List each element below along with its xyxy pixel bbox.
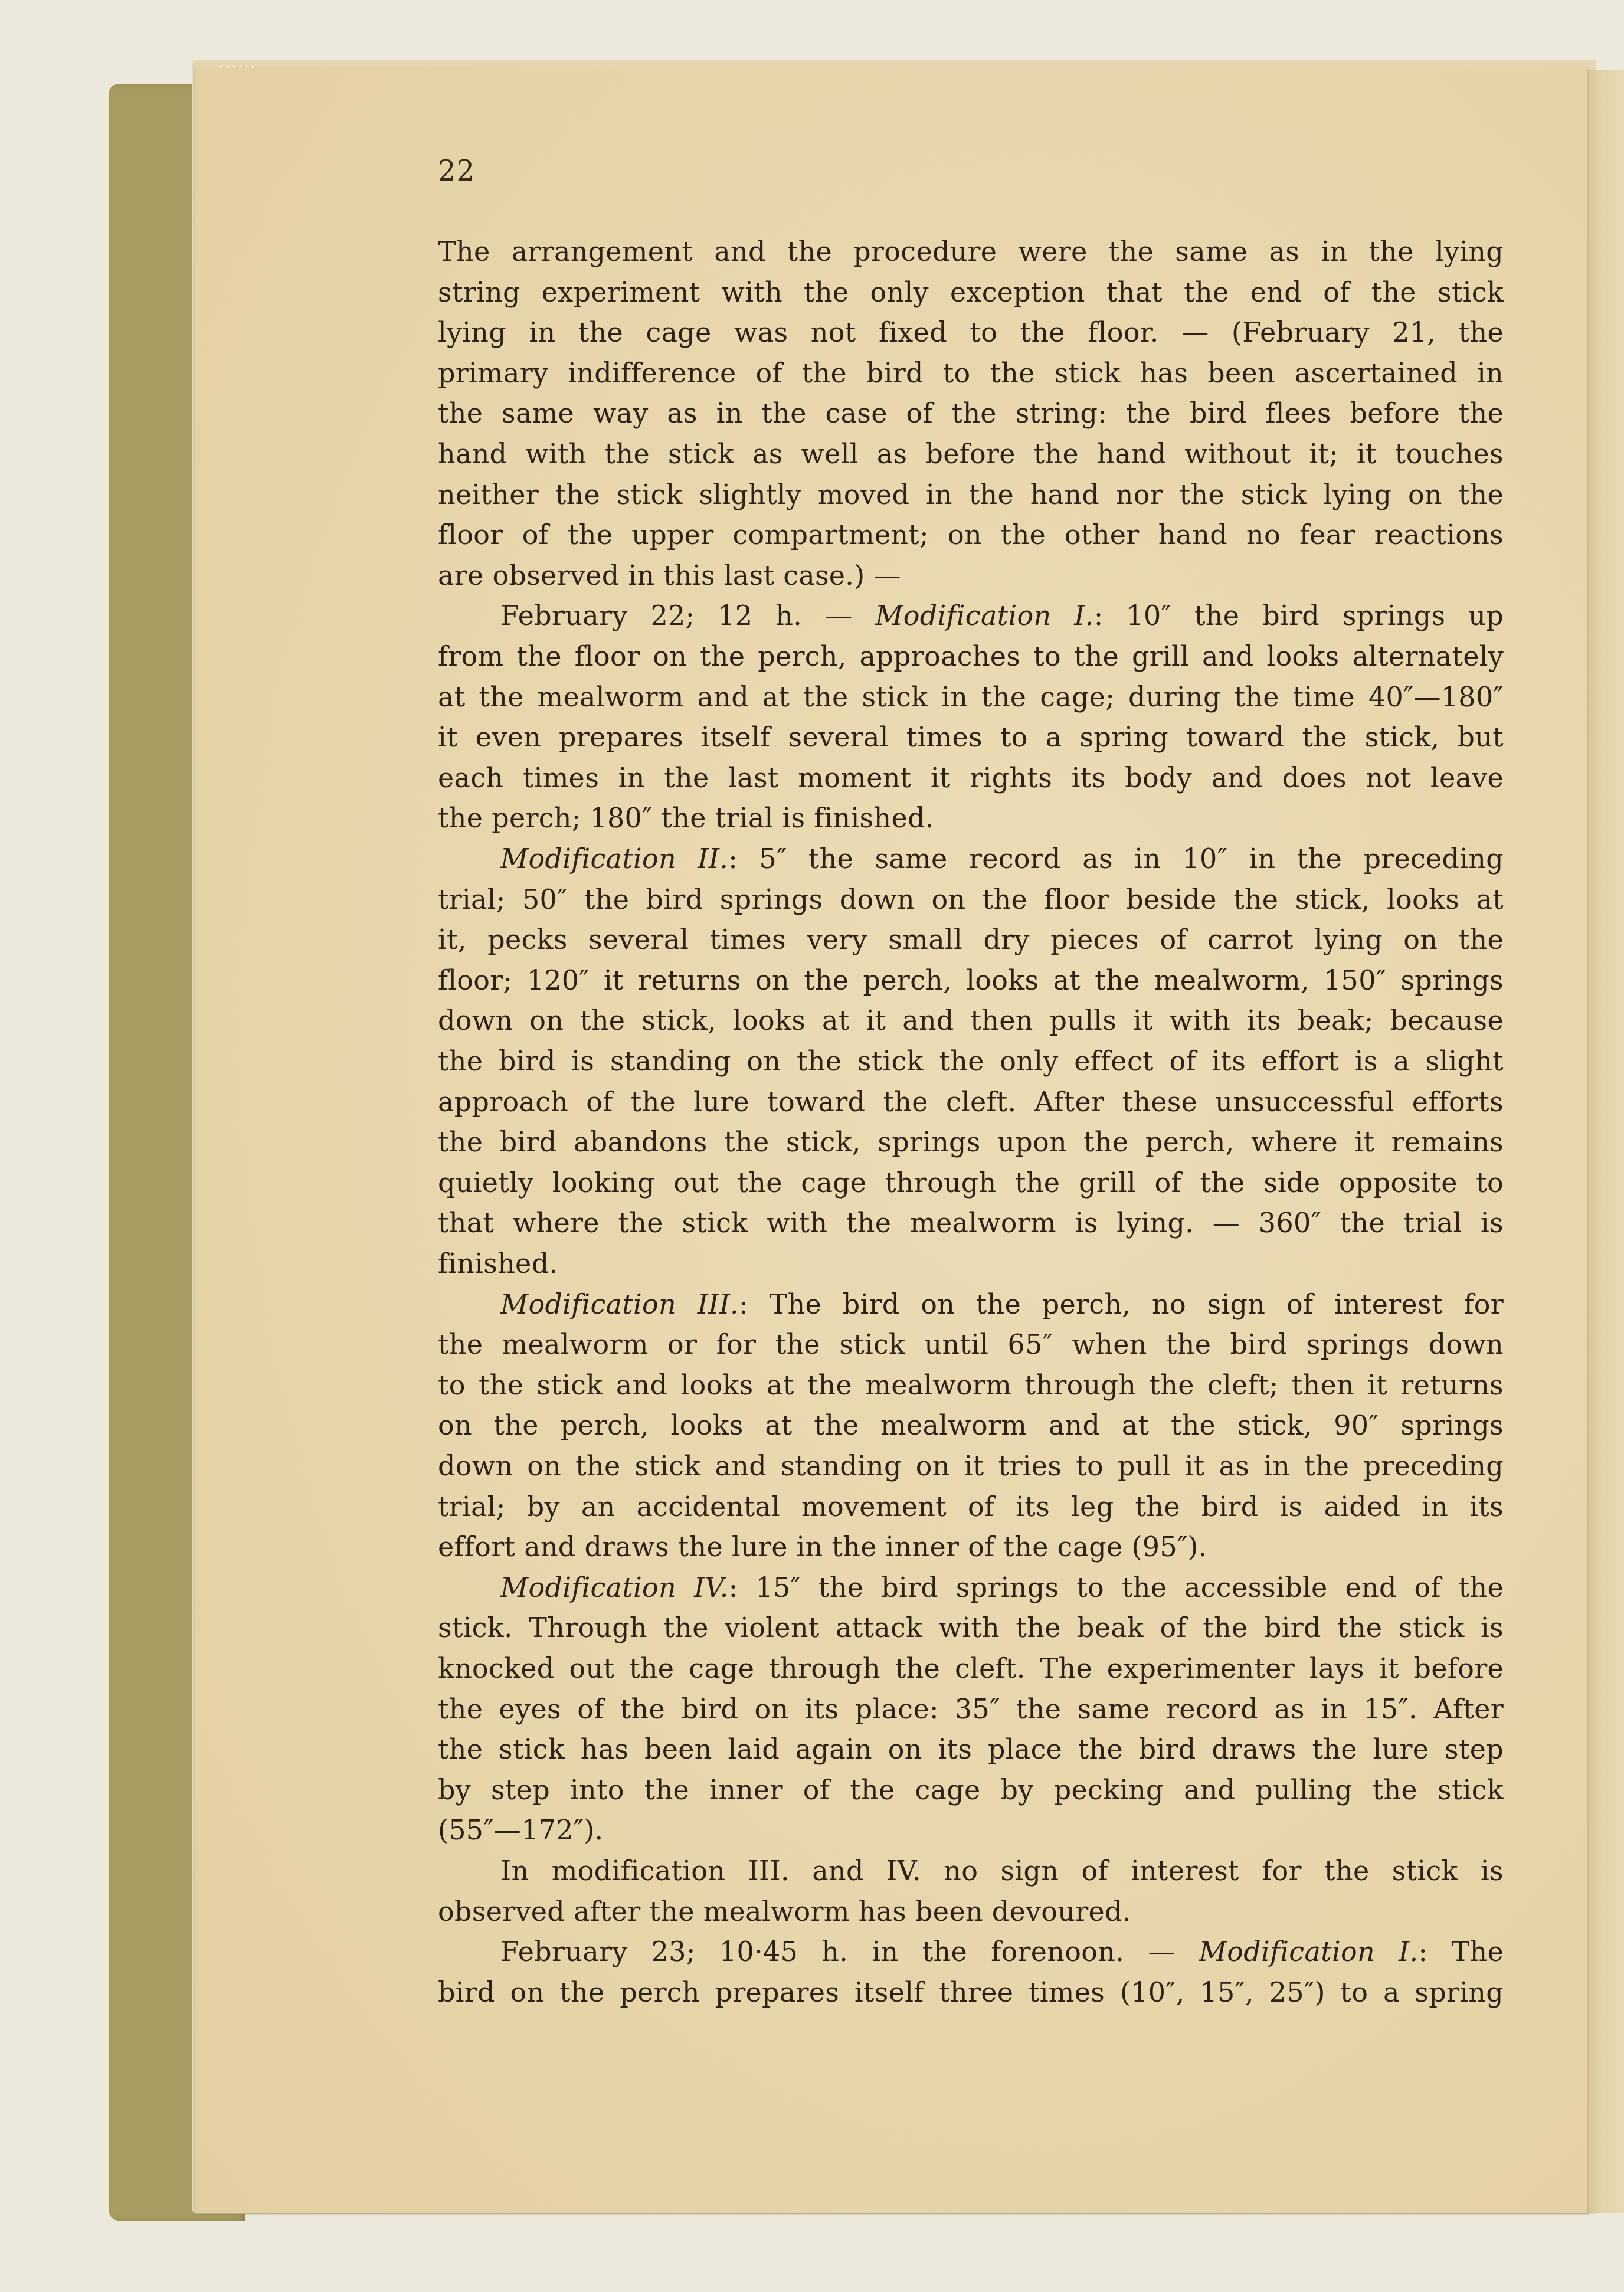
text-line: effort and draws the lure in the inner o… <box>438 1527 1504 1567</box>
text-line: February 23; 10·45 h. in the forenoon. —… <box>500 1931 1504 1972</box>
text-line: knocked out the cage through the cleft. … <box>438 1648 1504 1688</box>
text-line: by step into the inner of the cage by pe… <box>438 1770 1504 1810</box>
modification-heading: Modification III. <box>500 1288 739 1320</box>
text-line: February 22; 12 h. — Modification I.: 10… <box>500 595 1504 636</box>
text-line: the bird abandons the stick, springs upo… <box>438 1122 1504 1162</box>
text-line: string experiment with the only exceptio… <box>438 272 1504 312</box>
text-run: : 5″ the same record as in 10″ in the pr… <box>728 843 1504 875</box>
text-line: The arrangement and the procedure were t… <box>438 231 1504 271</box>
text-run: February 23; 10·45 h. in the forenoon. — <box>500 1936 1199 1967</box>
text-line: from the floor on the perch, approaches … <box>438 636 1504 676</box>
text-line: at the mealworm and at the stick in the … <box>438 677 1504 717</box>
text-line: Modification III.: The bird on the perch… <box>500 1284 1504 1324</box>
text-line: each times in the last moment it rights … <box>438 758 1504 798</box>
text-line: on the perch, looks at the mealworm and … <box>438 1405 1504 1445</box>
text-line: down on the stick and standing on it tri… <box>438 1446 1504 1486</box>
modification-heading: Modification I. <box>875 600 1093 631</box>
text-line: In modification III. and IV. no sign of … <box>500 1851 1504 1891</box>
text-line: down on the stick, looks at it and then … <box>438 1000 1504 1040</box>
text-run: : 10″ the bird springs up <box>1094 600 1504 631</box>
text-line: that where the stick with the mealworm i… <box>438 1203 1504 1243</box>
text-line: are observed in this last case.) — <box>438 555 1504 595</box>
text-line: the same way as in the case of the strin… <box>438 393 1504 433</box>
text-line: Modification IV.: 15″ the bird springs t… <box>500 1567 1504 1607</box>
text-run: : The <box>1419 1936 1504 1967</box>
text-line: lying in the cage was not fixed to the f… <box>438 312 1504 352</box>
text-line: primary indifference of the bird to the … <box>438 353 1504 393</box>
text-line: the mealworm or for the stick until 65″ … <box>438 1324 1504 1364</box>
text-line: it even prepares itself several times to… <box>438 717 1504 757</box>
text-line: to the stick and looks at the mealworm t… <box>438 1365 1504 1405</box>
modification-heading: Modification IV. <box>500 1571 729 1603</box>
facing-page-edge <box>1587 70 1624 2213</box>
text-line: Modification II.: 5″ the same record as … <box>500 839 1504 879</box>
text-line: finished. <box>438 1243 1504 1283</box>
text-line: stick. Through the violent attack with t… <box>438 1607 1504 1648</box>
text-line: bird on the perch prepares itself three … <box>438 1972 1504 2012</box>
text-line: approach of the lure toward the cleft. A… <box>438 1082 1504 1122</box>
text-line: the perch; 180″ the trial is finished. <box>438 798 1504 838</box>
page-number: 22 <box>438 155 475 188</box>
text-line: neither the stick slightly moved in the … <box>438 474 1504 515</box>
text-line: the bird is standing on the stick the on… <box>438 1041 1504 1081</box>
text-line: trial; 50″ the bird springs down on the … <box>438 879 1504 919</box>
text-line: it, pecks several times very small dry p… <box>438 919 1504 960</box>
text-line: floor of the upper compartment; on the o… <box>438 515 1504 555</box>
text-line: floor; 120″ it returns on the perch, loo… <box>438 960 1504 1000</box>
text-line: quietly looking out the cage through the… <box>438 1163 1504 1203</box>
text-run: : The bird on the perch, no sign of inte… <box>739 1288 1504 1320</box>
text-line: the stick has been laid again on its pla… <box>438 1729 1504 1769</box>
text-line: hand with the stick as well as before th… <box>438 434 1504 474</box>
text-line: the eyes of the bird on its place: 35″ t… <box>438 1689 1504 1729</box>
text-line: observed after the mealworm has been dev… <box>438 1891 1504 1931</box>
text-line: trial; by an accidental movement of its … <box>438 1486 1504 1527</box>
text-line: (55″—172″). <box>438 1810 1504 1850</box>
text-run: February 22; 12 h. — <box>500 600 875 631</box>
modification-heading: Modification I. <box>1199 1936 1419 1967</box>
modification-heading: Modification II. <box>500 843 728 875</box>
text-run: : 15″ the bird springs to the accessible… <box>729 1571 1504 1603</box>
